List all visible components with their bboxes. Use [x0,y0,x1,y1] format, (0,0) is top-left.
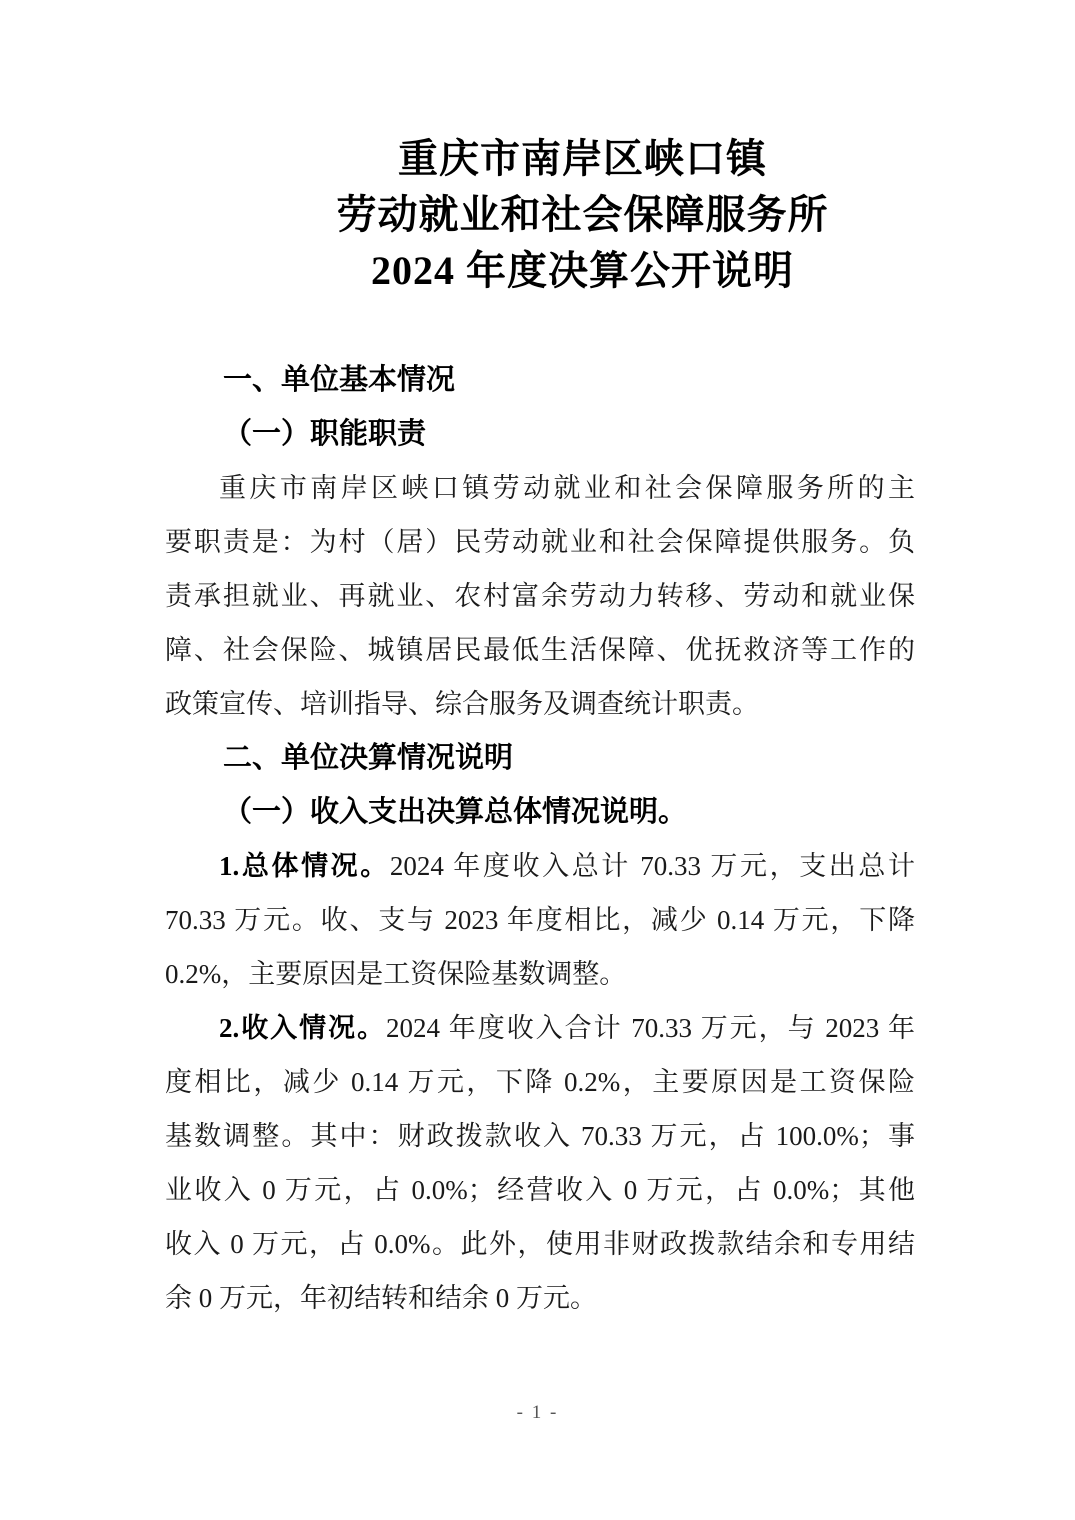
text-line: 余 0 万元，年初结转和结余 0 万元。 [165,1271,915,1325]
text-line: 责承担就业、再就业、农村富余劳动力转移、劳动和就业保 [165,569,915,623]
title-line-3: 2024 年度决算公开说明 [90,243,1075,299]
text-line: 政策宣传、培训指导、综合服务及调查统计职责。 [165,677,915,731]
text-line: 1.总体情况。2024 年度收入总计 70.33 万元，支出总计 [165,839,915,893]
page-footer: - 1 - [0,1402,1075,1424]
paragraph: 2.收入情况。2024 年度收入合计 70.33 万元，与 2023 年度相比，… [165,1001,915,1325]
text-run: 余 0 万元，年初结转和结余 0 万元。 [165,1283,597,1313]
text-run: 度相比，减少 0.14 万元，下降 0.2%，主要原因是工资保险 [165,1067,915,1097]
text-line: 障、社会保险、城镇居民最低生活保障、优抚救济等工作的 [165,623,915,677]
text-line: 70.33 万元。收、支与 2023 年度相比，减少 0.14 万元，下降 [165,893,915,947]
text-line: 业收入 0 万元，占 0.0%；经营收入 0 万元，占 0.0%；其他 [165,1163,915,1217]
section-heading: 二、单位决算情况说明 [165,731,915,785]
text-run: 0.2%，主要原因是工资保险基数调整。 [165,959,626,989]
paragraph: 1.总体情况。2024 年度收入总计 70.33 万元，支出总计70.33 万元… [165,839,915,1001]
text-run: 2024 年度收入合计 70.33 万元，与 2023 年 [386,1013,915,1043]
text-run: 收入 0 万元，占 0.0%。此外，使用非财政拨款结余和专用结 [165,1229,915,1259]
section-heading: 一、单位基本情况 [165,353,915,407]
paragraph: 重庆市南岸区峡口镇劳动就业和社会保障服务所的主要职责是：为村（居）民劳动就业和社… [165,461,915,731]
text-line: 0.2%，主要原因是工资保险基数调整。 [165,947,915,1001]
subsection-heading: （一）收入支出决算总体情况说明。 [165,785,915,839]
title-line-1: 重庆市南岸区峡口镇 [90,131,1075,187]
text-line: 重庆市南岸区峡口镇劳动就业和社会保障服务所的主 [165,461,915,515]
text-line: 收入 0 万元，占 0.0%。此外，使用非财政拨款结余和专用结 [165,1217,915,1271]
text-run: 要职责是：为村（居）民劳动就业和社会保障提供服务。负 [165,527,915,557]
text-run: 政策宣传、培训指导、综合服务及调查统计职责。 [165,689,759,719]
text-run: 业收入 0 万元，占 0.0%；经营收入 0 万元，占 0.0%；其他 [165,1175,915,1205]
subsection-heading: （一）职能职责 [165,407,915,461]
text-run: 重庆市南岸区峡口镇劳动就业和社会保障服务所的主 [219,473,915,503]
text-line: 基数调整。其中：财政拨款收入 70.33 万元，占 100.0%；事 [165,1109,915,1163]
text-run: 责承担就业、再就业、农村富余劳动力转移、劳动和就业保 [165,581,915,611]
text-run: 障、社会保险、城镇居民最低生活保障、优抚救济等工作的 [165,635,915,665]
page-number: - 1 - [517,1402,559,1423]
text-line: 度相比，减少 0.14 万元，下降 0.2%，主要原因是工资保险 [165,1055,915,1109]
document-title: 重庆市南岸区峡口镇 劳动就业和社会保障服务所 2024 年度决算公开说明 [90,0,1075,299]
text-run: 基数调整。其中：财政拨款收入 70.33 万元，占 100.0%；事 [165,1121,915,1151]
document-body: 一、单位基本情况（一）职能职责重庆市南岸区峡口镇劳动就业和社会保障服务所的主要职… [165,353,915,1325]
bold-lead-in: 1.总体情况。 [219,851,390,881]
text-line: 2.收入情况。2024 年度收入合计 70.33 万元，与 2023 年 [165,1001,915,1055]
text-run: 2024 年度收入总计 70.33 万元，支出总计 [390,851,915,881]
bold-lead-in: 2.收入情况。 [219,1013,386,1043]
text-line: 要职责是：为村（居）民劳动就业和社会保障提供服务。负 [165,515,915,569]
text-run: 70.33 万元。收、支与 2023 年度相比，减少 0.14 万元，下降 [165,905,915,935]
title-line-2: 劳动就业和社会保障服务所 [90,187,1075,243]
document-page: 重庆市南岸区峡口镇 劳动就业和社会保障服务所 2024 年度决算公开说明 一、单… [0,0,1075,1520]
